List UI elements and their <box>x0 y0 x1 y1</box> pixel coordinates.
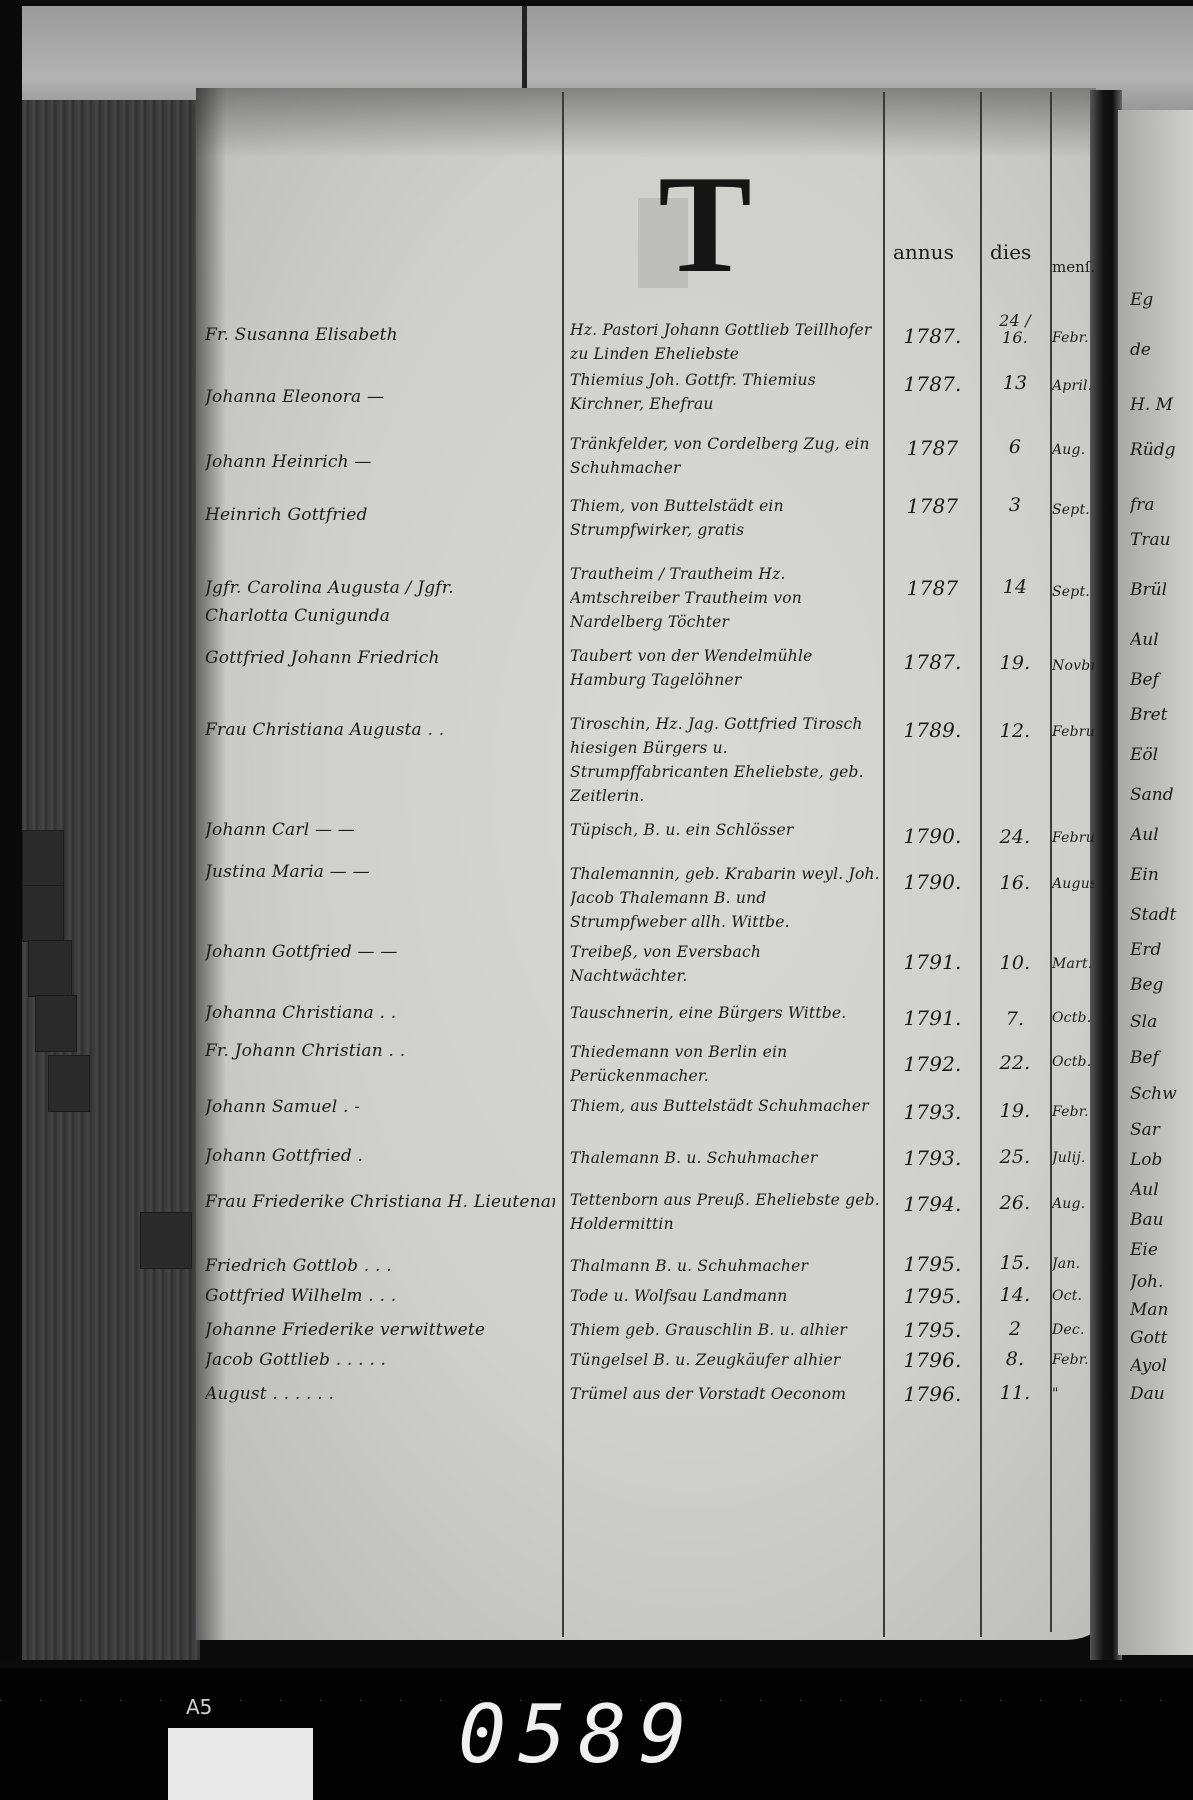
entry-year: 1789. <box>890 718 975 742</box>
facing-fragment: Bret <box>1130 705 1190 725</box>
facing-fragment: Aul <box>1130 630 1190 650</box>
entry-year: 1787. <box>890 372 975 396</box>
entry-year: 1795. <box>890 1318 975 1342</box>
entry-description: Thalemannin, geb. Krabarin weyl. Joh. Ja… <box>570 862 880 934</box>
entry-name: Johann Samuel . - <box>205 1097 555 1117</box>
column-rule-name-description <box>562 92 564 1637</box>
entry-description: Treibeß, von Eversbach Nachtwächter. <box>570 940 880 988</box>
entry-month: Jan. <box>1052 1256 1094 1272</box>
entry-day: 26. <box>985 1192 1045 1214</box>
entry-name: Johann Carl — — <box>205 820 555 840</box>
entry-month: Febr. <box>1052 330 1094 346</box>
header-dies: dies <box>990 240 1031 264</box>
facing-fragment: de <box>1130 340 1190 360</box>
facing-fragment: Erd <box>1130 940 1190 960</box>
facing-fragment: fra <box>1130 495 1190 515</box>
entry-description: Tettenborn aus Preuß. Eheliebste geb. Ho… <box>570 1188 880 1236</box>
entry-name: Fr. Susanna Elisabeth <box>205 325 555 345</box>
entry-month: Febr. <box>1052 1352 1094 1368</box>
entry-year: 1795. <box>890 1252 975 1276</box>
facing-fragment: Lob <box>1130 1150 1190 1170</box>
entry-year: 1787 <box>890 576 975 600</box>
entry-name: Frau Christiana Augusta . . <box>205 720 555 740</box>
entry-year: 1792. <box>890 1052 975 1076</box>
entry-name: Johann Heinrich — <box>205 452 555 472</box>
entry-day: 16. <box>985 872 1045 894</box>
entry-year: 1787. <box>890 324 975 348</box>
entry-month: August <box>1052 876 1094 892</box>
entry-day: 12. <box>985 720 1045 742</box>
film-frame-number: 0589 <box>458 1690 699 1780</box>
entry-name: Fr. Johann Christian . . <box>205 1041 555 1061</box>
entry-description: Thiem, von Buttelstädt ein Strumpfwirker… <box>570 494 880 542</box>
facing-fragment: Eöl <box>1130 745 1190 765</box>
entry-month: April. <box>1052 378 1094 394</box>
entry-description: Trümel aus der Vorstadt Oeconom <box>570 1382 880 1406</box>
entry-description: Thiemius Joh. Gottfr. Thiemius Kirchner,… <box>570 368 880 416</box>
entry-year: 1787. <box>890 650 975 674</box>
entry-name: Johanne Friederike verwittwete <box>205 1320 555 1340</box>
entry-name: Johanna Eleonora — <box>205 387 555 407</box>
index-tab <box>28 940 72 997</box>
entry-day: 15. <box>985 1252 1045 1274</box>
column-rule-annus-dies <box>980 92 982 1637</box>
film-frame-label: A5 <box>186 1695 212 1719</box>
entry-day: 19. <box>985 1100 1045 1122</box>
entry-year: 1787 <box>890 436 975 460</box>
entry-month: Aug. <box>1052 1196 1094 1212</box>
index-letter: T <box>640 160 770 290</box>
entry-day: 19. <box>985 652 1045 674</box>
entry-description: Hz. Pastori Johann Gottlieb Teillhofer z… <box>570 318 880 366</box>
facing-fragment: Bef <box>1130 1048 1190 1068</box>
facing-fragment: Sla <box>1130 1012 1190 1032</box>
entry-day: 22. <box>985 1052 1045 1074</box>
facing-fragment: Dau <box>1130 1384 1190 1404</box>
facing-fragment: H. M <box>1130 395 1190 415</box>
entry-name: Friedrich Gottlob . . . <box>205 1256 555 1276</box>
entry-year: 1796. <box>890 1382 975 1406</box>
entry-description: Taubert von der Wendelmühle Hamburg Tage… <box>570 644 880 692</box>
facing-fragment: Stadt <box>1130 905 1190 925</box>
facing-fragment: Schw <box>1130 1084 1190 1104</box>
entry-description: Thiem, aus Buttelstädt Schuhmacher <box>570 1094 880 1118</box>
entry-day: 6 <box>985 436 1045 458</box>
entry-year: 1795. <box>890 1284 975 1308</box>
index-tab <box>35 995 77 1052</box>
facing-fragment: Ein <box>1130 865 1190 885</box>
index-tab <box>48 1055 90 1112</box>
entry-day: 24. <box>985 826 1045 848</box>
entry-day: 8. <box>985 1348 1045 1370</box>
entry-description: Tränkfelder, von Cordelberg Zug, ein Sch… <box>570 432 880 480</box>
entry-year: 1793. <box>890 1146 975 1170</box>
entry-name: Frau Friederike Christiana H. Lieutenant <box>205 1192 555 1212</box>
entry-description: Thalemann B. u. Schuhmacher <box>570 1146 880 1170</box>
page-shadow-top <box>196 88 1096 158</box>
entry-name: Gottfried Wilhelm . . . <box>205 1286 555 1306</box>
entry-month: Sept. <box>1052 584 1094 600</box>
entry-month: Dec. <box>1052 1322 1094 1338</box>
facing-fragment: Trau <box>1130 530 1190 550</box>
facing-fragment: Eg <box>1130 290 1190 310</box>
index-tab <box>22 830 64 887</box>
entry-day: 7. <box>985 1008 1045 1030</box>
facing-fragment: Man <box>1130 1300 1190 1320</box>
entry-month: Sept. <box>1052 502 1094 518</box>
entry-description: Tode u. Wolfsau Landmann <box>570 1284 880 1308</box>
facing-fragment: Gott <box>1130 1328 1190 1348</box>
entry-description: Tüpisch, B. u. ein Schlösser <box>570 818 880 842</box>
entry-day: 10. <box>985 952 1045 974</box>
entry-year: 1790. <box>890 824 975 848</box>
index-tab <box>22 885 64 942</box>
entry-day: 14. <box>985 1284 1045 1306</box>
scan-border-left <box>0 0 24 1660</box>
facing-fragment: Sar <box>1130 1120 1190 1140</box>
entry-year: 1791. <box>890 1006 975 1030</box>
entry-name: Johann Gottfried — — <box>205 942 555 962</box>
facing-fragment: Aul <box>1130 1180 1190 1200</box>
entry-month: " <box>1052 1386 1094 1402</box>
entry-year: 1796. <box>890 1348 975 1372</box>
entry-year: 1787 <box>890 494 975 518</box>
entry-day: 24 / 16. <box>985 312 1045 346</box>
facing-fragment: Rüdg <box>1130 440 1190 460</box>
entry-description: Tauschnerin, eine Bürgers Wittbe. <box>570 1001 880 1025</box>
entry-name: Jacob Gottlieb . . . . . <box>205 1350 555 1370</box>
entry-day: 25. <box>985 1146 1045 1168</box>
entry-description: Thalmann B. u. Schuhmacher <box>570 1254 880 1278</box>
entry-month: Aug. <box>1052 442 1094 458</box>
entry-year: 1791. <box>890 950 975 974</box>
entry-description: Tüngelsel B. u. Zeugkäufer alhier <box>570 1348 880 1372</box>
entry-month: Februar <box>1052 830 1094 846</box>
facing-fragment: Brül <box>1130 580 1190 600</box>
entry-day: 13 <box>985 372 1045 394</box>
entry-year: 1794. <box>890 1192 975 1216</box>
entry-description: Trautheim / Trautheim Hz. Amtschreiber T… <box>570 562 880 634</box>
facing-fragment: Ayol <box>1130 1356 1190 1376</box>
entry-month: Februar <box>1052 724 1094 740</box>
entry-name: Jgfr. Carolina Augusta / Jgfr. Charlotta… <box>205 574 505 630</box>
entry-description: Thiem geb. Grauschlin B. u. alhier <box>570 1318 880 1342</box>
entry-description: Tiroschin, Hz. Jag. Gottfried Tirosch hi… <box>570 712 880 808</box>
film-calibration-patch <box>168 1728 313 1800</box>
entry-name: Gottfried Johann Friedrich <box>205 648 555 668</box>
index-tab <box>140 1212 192 1269</box>
entry-description: Thiedemann von Berlin ein Perückenmacher… <box>570 1040 880 1088</box>
entry-day: 2 <box>985 1318 1045 1340</box>
entry-month: Mart. <box>1052 956 1094 972</box>
header-mensis: menſ. <box>1052 258 1095 276</box>
facing-fragment: Joh. <box>1130 1272 1190 1292</box>
entry-name: Justina Maria — — <box>205 862 555 882</box>
entry-day: 14 <box>985 576 1045 598</box>
header-annus: annus <box>893 240 954 264</box>
entry-month: Octb. <box>1052 1010 1094 1026</box>
facing-fragment: Sand <box>1130 785 1190 805</box>
entry-day: 3 <box>985 494 1045 516</box>
entry-year: 1793. <box>890 1100 975 1124</box>
entry-month: Novbr. <box>1052 658 1094 674</box>
entry-name: Johann Gottfried . <box>205 1146 555 1166</box>
facing-fragment: Beg <box>1130 975 1190 995</box>
entry-month: Oct. <box>1052 1288 1094 1304</box>
entry-year: 1790. <box>890 870 975 894</box>
entry-name: Heinrich Gottfried <box>205 505 555 525</box>
entry-month: Julij. <box>1052 1150 1094 1166</box>
facing-fragment: Bef <box>1130 670 1190 690</box>
entry-month: Octb. <box>1052 1054 1094 1070</box>
entry-name: August . . . . . . <box>205 1384 555 1404</box>
facing-fragment: Aul <box>1130 825 1190 845</box>
entry-month: Febr. <box>1052 1104 1094 1120</box>
column-rule-description-annus <box>883 92 885 1637</box>
entry-day: 11. <box>985 1382 1045 1404</box>
facing-fragment: Bau <box>1130 1210 1190 1230</box>
entry-name: Johanna Christiana . . <box>205 1003 555 1023</box>
facing-fragment: Eie <box>1130 1240 1190 1260</box>
